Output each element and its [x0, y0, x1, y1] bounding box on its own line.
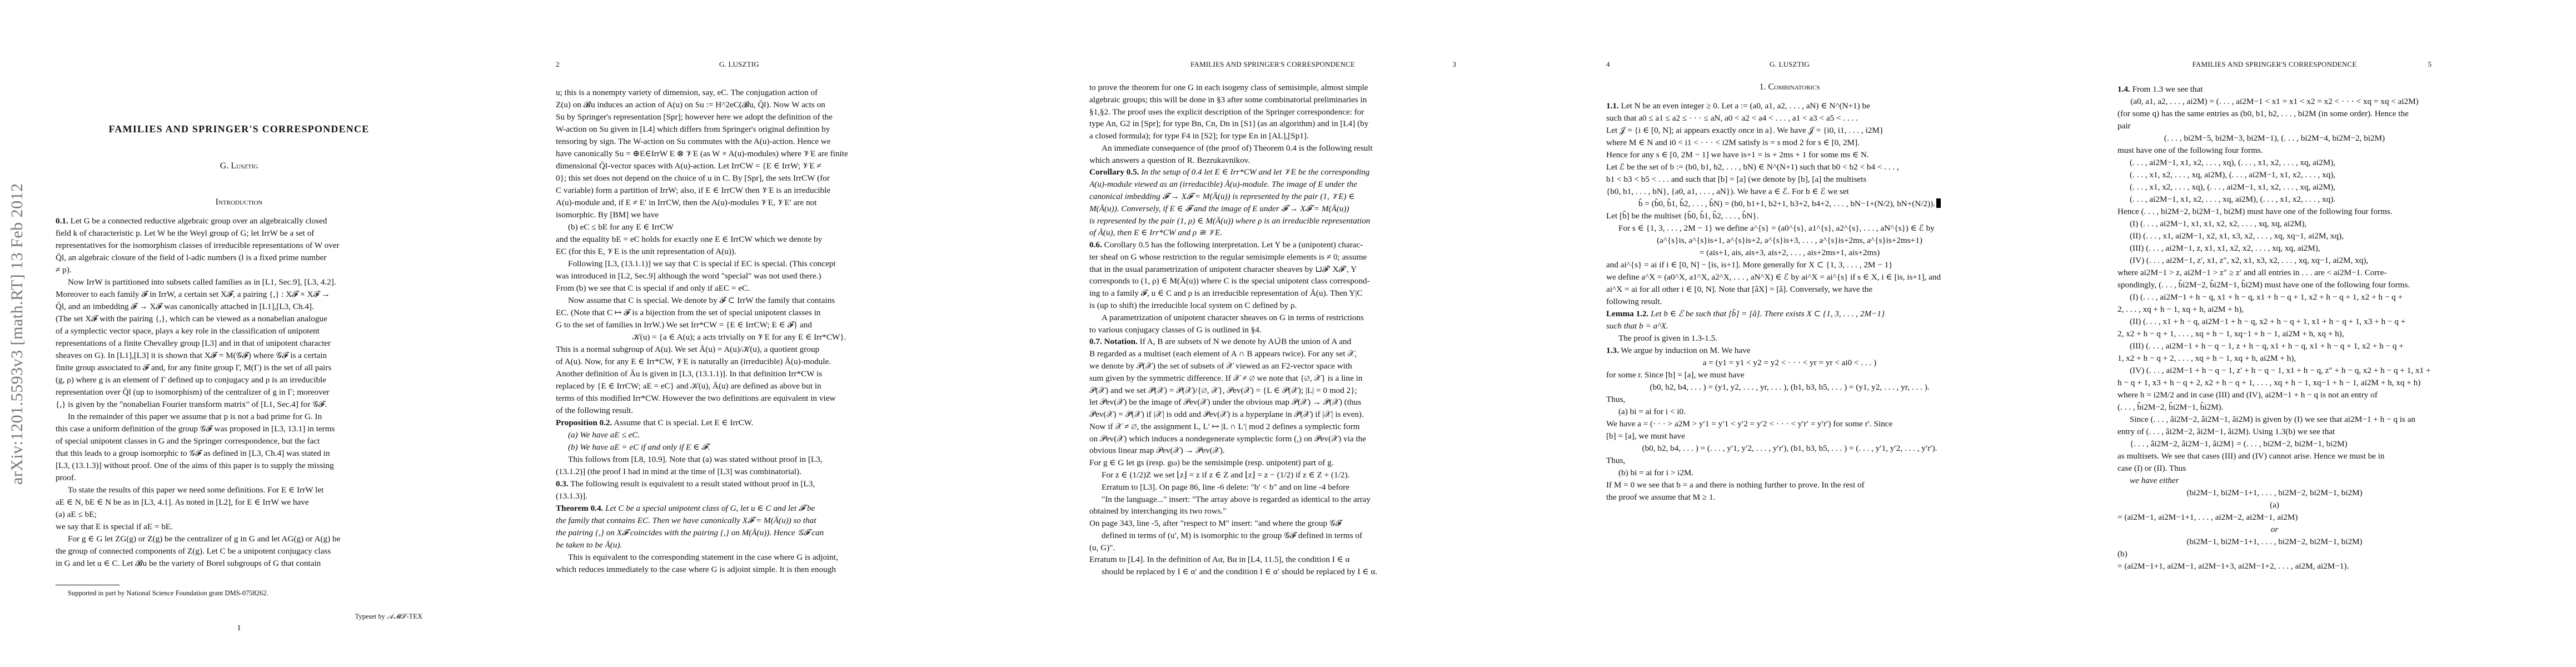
text-line: Erratum to [L4]. In the definition of Aα…: [1089, 554, 1456, 566]
running-head: FAMILIES AND SPRINGER'S CORRESPONDENCE 3: [1089, 60, 1456, 71]
text-line: Proposition 0.2. Assume that C is specia…: [556, 417, 923, 429]
text-line: Thus,: [1606, 455, 1973, 467]
text-line: (a) We have aE ≤ eC.: [556, 429, 923, 441]
text-line: A(u)-module viewed as an (irreducible) Ā…: [1089, 178, 1456, 191]
text-line: (a^{s}is, a^{s}is+1, a^{s}is+2, a^{s}is+…: [1606, 235, 1973, 247]
text-line: we have either: [2117, 475, 2431, 487]
text-line: This follows from [L8, 10.9]. Note that …: [556, 454, 923, 466]
text-line: representatives for the isomorphism clas…: [56, 240, 422, 252]
text-line: representations of a finite Chevalley gr…: [56, 337, 422, 350]
section-heading-introduction: Introduction: [56, 197, 422, 207]
page-number: 5: [2428, 60, 2432, 69]
text-line: we define a^X = (a0^X, a1^X, a2^X, . . .…: [1606, 271, 1973, 283]
text-line: obvious linear map 𝒫ev(𝒳) → 𝒫̄ev(𝒳).: [1089, 445, 1456, 457]
text-line: b̂ = (b̂0, b̂1, b̂2, . . . , b̂N) = (b0,…: [1606, 198, 1973, 210]
text-line: From (b) we see that C is special if and…: [556, 282, 923, 295]
text-line: 0.1. Let G be a connected reductive alge…: [56, 215, 422, 227]
text-line: entry of (. . . , âi2M−2, âi2M−1, âi2M).…: [2117, 426, 2431, 438]
text-line: to prove the theorem for one G in each i…: [1089, 82, 1456, 94]
paragraph-label: Corollary 0.5.: [1089, 167, 1139, 177]
text-line: Moreover to each family 𝓕 in IrrW, a cer…: [56, 288, 422, 301]
text-line: (b0, b2, b4, . . . ) = (. . . , y′1, y′2…: [1606, 442, 1973, 455]
text-line: should be replaced by I ∈ α′ and the con…: [1089, 566, 1456, 578]
text-line: was introduced in [L2, Sec.9] although t…: [556, 270, 923, 282]
text-line: (for some q) has the same entries as (b0…: [2117, 108, 2431, 120]
text-line: = (ai2M−1+1, ai2M−1, ai2M−1+3, ai2M−1+2,…: [2117, 560, 2431, 573]
text-line: (u, G)".: [1089, 542, 1456, 554]
text-line: Let ℰ be the set of b := (b0, b1, b2, . …: [1606, 161, 1973, 173]
text-line: type An, G2 in [Spr]; for type Bn, Cn, D…: [1089, 118, 1456, 130]
text-line: 0.3. The following result is equivalent …: [556, 478, 923, 490]
page-1: FAMILIES AND SPRINGER'S CORRESPONDENCE G…: [56, 0, 422, 667]
text-line: ≠ p).: [56, 264, 422, 276]
text-line: a = (y1 = y1 < y2 = y2 < · · · < yr = yr…: [1606, 357, 1973, 369]
text-line: We have a = (· · · > a2M > y′1 = y′1 < y…: [1606, 418, 1973, 430]
text-line: 1, x2 + h − q + 2, . . . , xq + h − 1, x…: [2117, 352, 2431, 365]
text-line: Q̄l, an algebraic closure of the field o…: [56, 252, 422, 264]
text-line: (a0, a1, a2, . . . , ai2M) = (. . . , ai…: [2117, 96, 2431, 108]
text-line: be taken to be Ā(u).: [556, 539, 923, 551]
text-line: If M = 0 we see that b = a and there is …: [1606, 479, 1973, 491]
paper-title: FAMILIES AND SPRINGER'S CORRESPONDENCE: [56, 123, 422, 135]
text-line: let 𝒫̄ev(𝒳) be the image of 𝒫ev(𝒳) under…: [1089, 396, 1456, 409]
text-line: on 𝒫ev(𝒳) which induces a nondegenerate …: [1089, 433, 1456, 445]
text-line: M(Ā(u)). Conversely, if E ∈ 𝓕 and the im…: [1089, 203, 1456, 215]
text-line: = (ai2M−1, ai2M−1+1, . . . , ai2M−2, ai2…: [2117, 511, 2431, 524]
text-line: (IV) (. . . , ai2M−1, z′, x1, z″, x2, x1…: [2117, 255, 2431, 267]
text-line: For g ∈ G let gs (resp. gω) be the semis…: [1089, 457, 1456, 469]
text-line: ai^X = ai for all other i ∈ [0, N]. Note…: [1606, 283, 1973, 296]
text-line: where ai2M−1 > z, ai2M−1 > z″ ≥ z′ and a…: [2117, 267, 2431, 279]
text-line: Let [b̂] be the multiset {b̂0, b̂1, b̂2,…: [1606, 210, 1973, 222]
running-head: 4 G. LUSZTIG: [1606, 60, 1973, 71]
text-line: b1 < b3 < b5 < . . . and such that [b] =…: [1606, 173, 1973, 186]
text-line: 2, . . . , xq + h − 1, xq + h, ai2M + h)…: [2117, 303, 2431, 316]
text-line: (. . . , ai2M−1, x1, x2, . . . , xq, ai2…: [2117, 193, 2431, 206]
text-line: the family that contains EC. Then we hav…: [556, 515, 923, 527]
text-line: terms of this modified Irr*CW. However t…: [556, 392, 923, 405]
page-number: 1: [56, 624, 422, 633]
text-line: Erratum to [L3]. On page 86, line -6 del…: [1089, 481, 1456, 494]
text-line: G to the set of families in IrrW.) We se…: [556, 319, 923, 331]
text-line: case (I) or (II). Thus: [2117, 462, 2431, 475]
page-number: 3: [1453, 60, 1457, 69]
text-line: we denote by 𝒫(𝒳) the set of subsets of …: [1089, 360, 1456, 372]
text-line: 𝒫(𝒳) and we set 𝒫̄(𝒳) = 𝒫(𝒳)/{∅, 𝒳}, 𝒫ev…: [1089, 385, 1456, 397]
text-line: Theorem 0.4. Let C be a special unipoten…: [556, 502, 923, 515]
text-line: as multisets. We see that cases (III) an…: [2117, 450, 2431, 462]
text-line: have canonically Su = ⊕E∈IrrW E ⊗ 𝒱E (as…: [556, 148, 923, 160]
text-line: {,} is given by the "nonabelian Fourier …: [56, 399, 422, 411]
text-line: tensoring by sign. The W-action on Su co…: [556, 136, 923, 148]
text-line: (bi2M−1, bi2M−1+1, . . . , bi2M−2, bi2M−…: [2117, 487, 2431, 499]
text-line: An immediate consequence of (the proof o…: [1089, 142, 1456, 155]
text-line: 0.7. Notation. If A, B are subsets of N …: [1089, 336, 1456, 348]
text-line: following result.: [1606, 296, 1973, 308]
text-line: (. . . , x1, x2, . . . , xq), (. . . , a…: [2117, 181, 2431, 193]
text-line: (b): [2117, 548, 2431, 560]
text-line: representation over Q̄l (up to isomorphi…: [56, 386, 422, 399]
paper-author: G. Lusztig: [56, 161, 422, 171]
footnote-rule: [56, 585, 119, 585]
text-line: (13.1.2)] (the proof I had in mind at th…: [556, 466, 923, 478]
paragraph-label: Lemma 1.2.: [1606, 309, 1648, 318]
running-head-title: FAMILIES AND SPRINGER'S CORRESPONDENCE: [1089, 60, 1456, 69]
text-line: and ai^{s} = ai if i ∈ [0, N] − [is, is+…: [1606, 259, 1973, 271]
text-line: {b0, b1, . . . , bN}, {a0, a1, . . . , a…: [1606, 186, 1973, 198]
running-head-title: G. LUSZTIG: [1606, 60, 1973, 69]
text-line: we say that E is special if aE = bE.: [56, 521, 422, 533]
text-line: such that a0 ≤ a1 ≤ a2 ≤ · · · ≤ aN, a0 …: [1606, 112, 1973, 125]
text-line: (. . . , bi2M−5, bi2M−3, bi2M−1), (. . .…: [2117, 132, 2431, 145]
text-line: C variable) form a partition of IrrW; al…: [556, 185, 923, 197]
text-line: the group of connected components of Z(g…: [56, 545, 422, 558]
text-line: which reduces immediately to the case wh…: [556, 564, 923, 576]
text-line: replaced by {E ∈ IrrCW; aE = eC} and 𝒦(u…: [556, 380, 923, 392]
text-line: On page 343, line -5, after "respect to …: [1089, 517, 1456, 530]
text-line: spondingly, (. . . , b̂i2M−2, b̂i2M−1, b…: [2117, 279, 2431, 291]
text-line: dimensional Q̄l-vector spaces with A(u)-…: [556, 160, 923, 172]
text-line: (a) bi = ai for i < i0.: [1606, 406, 1973, 418]
text-line: the pairing {,} on X𝓕 coincides with the…: [556, 527, 923, 539]
text-line: for some r. Since [b] = [a], we must hav…: [1606, 369, 1973, 381]
text-line: B regarded as a multiset (each element o…: [1089, 348, 1456, 360]
text-line: (13.1.3)].: [556, 490, 923, 502]
text-cursor: [1936, 198, 1941, 208]
page-5: FAMILIES AND SPRINGER'S CORRESPONDENCE 5…: [2117, 0, 2431, 667]
text-line: Su by Springer's representation [Spr]; h…: [556, 111, 923, 123]
text-line: Lemma 1.2. Let b ∈ ℰ be such that [b̂] =…: [1606, 308, 1973, 320]
text-line: A(u)-module and, if E ≠ E′ in IrrCW, the…: [556, 197, 923, 209]
text-line: Now IrrW is partitioned into subsets cal…: [56, 276, 422, 288]
text-line: obtained by interchanging its two rows.": [1089, 505, 1456, 517]
paragraph-label: 1.1.: [1606, 101, 1619, 111]
page-2: 2 G. LUSZTIG u; this is a nonempty varie…: [556, 0, 923, 667]
text-line: of A(u). Now, for any E ∈ Irr*CW, 𝒱E is …: [556, 356, 923, 368]
text-line: is represented by the pair (1, ρ) ∈ M(Ā(…: [1089, 215, 1456, 227]
text-line: For z ∈ (1/2)Z we set ⌊z⌋ = z if z ∈ Z a…: [1089, 469, 1456, 481]
running-head-title: G. LUSZTIG: [556, 60, 923, 69]
text-line: (b) bi = ai for i > i2M.: [1606, 467, 1973, 479]
text-line: isomorphic. By [BM] we have: [556, 209, 923, 221]
text-line: that this leads to a group isomorphic to…: [56, 447, 422, 460]
text-line: aE ∈ N, bE ∈ N be as in [L3, 4.1]. As no…: [56, 496, 422, 509]
text-line: this case a uniform definition of the gr…: [56, 423, 422, 435]
text-line: (a) aE ≤ bE;: [56, 509, 422, 521]
text-line: [b] = [a], we must have: [1606, 430, 1973, 442]
text-line: canonical imbedding 𝓕 → X𝓕 = M(Ā(u)) is …: [1089, 191, 1456, 203]
text-line: [L3, (13.1.3)] without proof. One of the…: [56, 460, 422, 472]
text-line: pair: [2117, 120, 2431, 132]
text-line: that in the usual parametrization of uni…: [1089, 263, 1456, 276]
text-line: ter sheaf on G whose restriction to the …: [1089, 251, 1456, 263]
text-line: defined in terms of (u′, M) is isomorphi…: [1089, 530, 1456, 542]
text-line: (III) (. . . , ai2M−1, z, x1, x1, x2, x2…: [2117, 242, 2431, 255]
text-line: (. . . , ai2M−1, x1, x2, . . . , xq), (.…: [2117, 157, 2431, 169]
text-line: (The set X𝓕 with the pairing {,}, which …: [56, 313, 422, 325]
footnote: Supported in part by National Science Fo…: [68, 589, 268, 598]
text-line: sheaves on G). In [L1],[L3] it is shown …: [56, 350, 422, 362]
text-line: (a): [2117, 499, 2431, 511]
text-line: corresponds to (1, ρ) ∈ M(Ā(u)) where C …: [1089, 275, 1456, 287]
text-line: 2, x2 + h − q + 1, . . . , xq + h − 1, x…: [2117, 328, 2431, 340]
text-line: For s ∈ {1, 3, . . . , 2M − 1} we define…: [1606, 222, 1973, 235]
paragraph-label: 1.3.: [1606, 346, 1619, 355]
text-line: (g, ρ) where g is an element of Γ define…: [56, 374, 422, 386]
text-line: Following [L3, (13.1.1)] we say that C i…: [556, 258, 923, 270]
text-line: The proof is given in 1.3-1.5.: [1606, 332, 1973, 345]
text-line: Another definition of Āu is given in [L3…: [556, 368, 923, 380]
text-line: of a symplectic vector space, plays a ke…: [56, 325, 422, 337]
paragraph-label: 0.6.: [1089, 240, 1102, 250]
text-line: finite group associated to 𝓕 and, for an…: [56, 362, 422, 374]
text-line: (I) (. . . , ai2M−1 + h − q, x1 + h − q,…: [2117, 291, 2431, 303]
paragraph-label: Theorem 0.4.: [556, 504, 603, 513]
text-line: (II) (. . . , x1 + h − q, ai2M−1 + h − q…: [2117, 316, 2431, 328]
text-line: "In the language..." insert: "The array …: [1089, 494, 1456, 506]
text-line: 1.4. From 1.3 we see that: [2117, 83, 2431, 96]
text-line: ing to a family 𝓕, u ∈ C and ρ is an irr…: [1089, 287, 1456, 300]
text-line: (. . . , b̂i2M−2, b̂i2M−1, b̂i2M).: [2117, 401, 2431, 414]
text-line: Now assume that C is special. We denote …: [556, 295, 923, 307]
arxiv-stamp: arXiv:1201.5593v3 [math.RT] 13 Feb 2012: [3, 0, 31, 667]
text-line: sum given by the symmetric difference. I…: [1089, 372, 1456, 385]
paragraph-label: 1.4.: [2117, 84, 2130, 94]
text-line: to various conjugacy classes of G is out…: [1089, 324, 1456, 336]
text-line: 0.6. Corollary 0.5 has the following int…: [1089, 239, 1456, 251]
text-line: u; this is a nonempty variety of dimensi…: [556, 87, 923, 99]
text-line: In the remainder of this paper we assume…: [56, 411, 422, 423]
paragraph-label: 0.3.: [556, 479, 569, 489]
text-line: (III) (. . . , ai2M−1 + h − q − 1, z + h…: [2117, 340, 2431, 352]
page-4: 4 G. LUSZTIG 1. Combinatorics 1.1. Let N…: [1606, 0, 1973, 667]
text-line: of special unipotent classes in G and th…: [56, 435, 422, 447]
text-line: which answers a question of R. Bezrukavn…: [1089, 155, 1456, 167]
text-line: For g ∈ G let ZG(g) or Z(g) be the centr…: [56, 533, 422, 545]
text-line: Let 𝒥 = {i ∈ [0, N]; ai appears exactly …: [1606, 125, 1973, 137]
text-line: (II) (. . . , x1, ai2M−1, x2, x1, x3, x2…: [2117, 230, 2431, 242]
text-line: such that b = a^X.: [1606, 320, 1973, 332]
text-line: This is a normal subgroup of A(u). We se…: [556, 344, 923, 356]
text-line: (b) We have aE = eC if and only if E ∈ 𝓕…: [556, 441, 923, 454]
text-line: where M ∈ N and i0 < i1 < · · · < i2M sa…: [1606, 137, 1973, 149]
text-line: (b0, b2, b4, . . . ) = (y1, y2, . . . , …: [1606, 381, 1973, 394]
text-line: 𝒦(u) = {a ∈ A(u); a acts trivially on 𝒱E…: [556, 331, 923, 344]
running-head: FAMILIES AND SPRINGER'S CORRESPONDENCE 5: [2117, 60, 2431, 71]
text-line: EC. (Note that C ↦ 𝓕 is a bijection from…: [556, 307, 923, 319]
text-line: (I) (. . . , ai2M−1, x1, x1, x2, x2, . .…: [2117, 218, 2431, 230]
text-line: Q̄l, and an imbedding 𝓕 → X𝓕 was canonic…: [56, 301, 422, 313]
paragraph-label: Proposition 0.2.: [556, 418, 612, 427]
running-head: 2 G. LUSZTIG: [556, 60, 923, 71]
text-line: To state the results of this paper we ne…: [56, 484, 422, 496]
text-line: of the following result.: [556, 405, 923, 417]
text-line: 0}; this set does not depend on the choi…: [556, 172, 923, 185]
text-line: algebraic groups; this will be done in §…: [1089, 94, 1456, 106]
text-line: proof.: [56, 472, 422, 484]
text-line: Since (. . . , âi2M−2, âi2M−1, âi2M) is …: [2117, 414, 2431, 426]
text-line: Now if 𝒳 ≠ ∅, the assignment L, L′ ↦ |L …: [1089, 421, 1456, 433]
text-line: §1,§2. The proof uses the explicit descr…: [1089, 106, 1456, 118]
text-line: 1.3. We argue by induction on M. We have: [1606, 345, 1973, 357]
text-line: {. . . , âi2M−2, âi2M−1, âi2M} = (. . . …: [2117, 438, 2431, 450]
text-line: This is equivalent to the corresponding …: [556, 551, 923, 564]
text-line: where h = i2M/2 and in case (III) and (I…: [2117, 389, 2431, 401]
text-line: Hence for any s ∈ [0, 2M − 1] we have is…: [1606, 149, 1973, 161]
text-line: of Ā(u), then E ∈ Irr*CW and ρ ≅ 𝒱E.: [1089, 227, 1456, 239]
text-line: W-action on Su given in [L4] which diffe…: [556, 123, 923, 136]
text-line: in G and let u ∈ C. Let 𝓑u be the variet…: [56, 558, 422, 570]
paragraph-label: 0.7. Notation.: [1089, 337, 1138, 346]
text-line: 1.1. Let N be an even integer ≥ 0. Let a…: [1606, 100, 1973, 112]
text-line: the proof we assume that M ≥ 1.: [1606, 491, 1973, 504]
text-line: or: [2117, 524, 2431, 536]
text-line: is (up to shift) the irreducible local s…: [1089, 300, 1456, 312]
text-line: A parametrization of unipotent character…: [1089, 312, 1456, 324]
text-line: (. . . , x1, x2, . . . , xq, ai2M), (. .…: [2117, 169, 2431, 181]
text-line: (b) eC ≤ bE for any E ∈ IrrCW: [556, 221, 923, 233]
section-heading-combinatorics: 1. Combinatorics: [1606, 82, 1973, 92]
text-line: and the equality bE = eC holds for exact…: [556, 233, 923, 246]
text-line: Thus,: [1606, 394, 1973, 406]
page-3: FAMILIES AND SPRINGER'S CORRESPONDENCE 3…: [1089, 0, 1456, 667]
text-line: EC (for this E, 𝒱E is the unit represent…: [556, 246, 923, 258]
text-line: Hence (. . . , bi2M−2, bi2M−1, bi2M) mus…: [2117, 206, 2431, 218]
paragraph-label: 0.1.: [56, 216, 68, 226]
text-line: h − q + 1, x3 + h − q + 2, x2 + h − q + …: [2117, 377, 2431, 389]
text-line: a closed formula); for type F4 in [S2]; …: [1089, 130, 1456, 142]
typeset-note: Typeset by 𝒜𝓜𝒮-TEX: [355, 613, 422, 621]
text-line: = (ais+1, ais, ais+3, ais+2, . . . , ais…: [1606, 247, 1973, 259]
text-line: Z(u) on 𝓑u induces an action of A(u) on …: [556, 99, 923, 111]
text-line: Corollary 0.5. In the setup of 0.4 let E…: [1089, 166, 1456, 178]
arxiv-stamp-text: arXiv:1201.5593v3 [math.RT] 13 Feb 2012: [8, 151, 27, 485]
running-head-title: FAMILIES AND SPRINGER'S CORRESPONDENCE: [2117, 60, 2431, 69]
text-line: must have one of the following four form…: [2117, 145, 2431, 157]
text-line: 𝒫̄ev(𝒳) = 𝒫̄(𝒳) if |𝒳| is odd and 𝒫̄ev(𝒳…: [1089, 409, 1456, 421]
text-line: (bi2M−1, bi2M−1+1, . . . , bi2M−2, bi2M−…: [2117, 536, 2431, 548]
text-line: field k of characteristic p. Let W be th…: [56, 227, 422, 240]
text-line: (IV) (. . . , ai2M−1 + h − q − 1, z′ + h…: [2117, 365, 2431, 377]
